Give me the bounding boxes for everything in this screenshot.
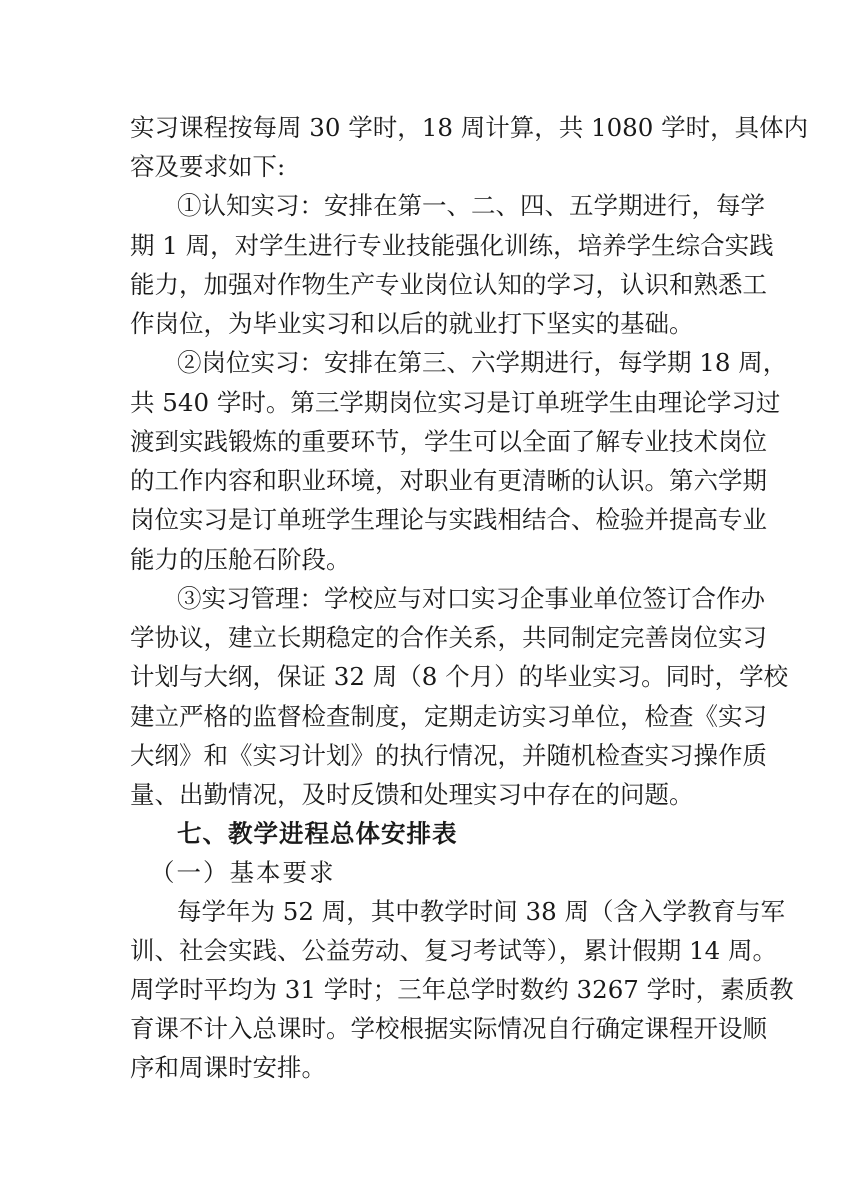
paragraph-line: 大纲》和《实习计划》的执行情况，并随机检查实习操作质 [130, 739, 722, 773]
paragraph-line: 学协议，建立长期稳定的合作关系，共同制定完善岗位实习 [130, 621, 722, 655]
paragraph-line: 共 540 学时。第三学期岗位实习是订单班学生由理论学习过 [130, 386, 722, 420]
paragraph-line: 能力的压舱石阶段。 [130, 543, 722, 577]
paragraph-line: 作岗位，为毕业实习和以后的就业打下坚实的基础。 [130, 307, 722, 341]
paragraph-line: 计划与大纲，保证 32 周（8 个月）的毕业实习。同时，学校 [130, 660, 722, 694]
paragraph-line: 量、出勤情况，及时反馈和处理实习中存在的问题。 [130, 778, 722, 812]
paragraph-line: 序和周课时安排。 [130, 1051, 722, 1085]
paragraph-line: 容及要求如下: [130, 150, 722, 184]
document-page: 实习课程按每周 30 学时，18 周计算，共 1080 学时，具体内 容及要求如… [0, 0, 850, 1202]
paragraph-line: 渡到实践锻炼的重要环节，学生可以全面了解专业技术岗位 [130, 425, 722, 459]
subsection-heading: （一）基本要求 [150, 856, 742, 890]
paragraph-line: 周学时平均为 31 学时；三年总学时数约 3267 学时，素质教 [130, 973, 722, 1007]
paragraph-line: 每学年为 52 周，其中教学时间 38 周（含入学教育与军 [177, 895, 722, 929]
paragraph-line: 训、社会实践、公益劳动、复习考试等），累计假期 14 周。 [130, 934, 722, 968]
paragraph-line: 建立严格的监督检查制度，定期走访实习单位，检查《实习 [130, 700, 722, 734]
section-heading: 七、教学进程总体安排表 [177, 817, 722, 851]
paragraph-line: 能力，加强对作物生产专业岗位认知的学习，认识和熟悉工 [130, 268, 722, 302]
paragraph-line: 的工作内容和职业环境，对职业有更清晰的认识。第六学期 [130, 464, 722, 498]
paragraph-line: ①认知实习：安排在第一、二、四、五学期进行，每学 [177, 189, 722, 223]
paragraph-line: 育课不计入总课时。学校根据实际情况自行确定课程开设顺 [130, 1012, 722, 1046]
paragraph-line: 岗位实习是订单班学生理论与实践相结合、检验并提高专业 [130, 503, 722, 537]
paragraph-line: 实习课程按每周 30 学时，18 周计算，共 1080 学时，具体内 [130, 111, 722, 145]
paragraph-line: 期 1 周，对学生进行专业技能强化训练，培养学生综合实践 [130, 229, 722, 263]
paragraph-line: ②岗位实习：安排在第三、六学期进行，每学期 18 周， [177, 346, 722, 380]
paragraph-line: ③实习管理：学校应与对口实习企事业单位签订合作办 [177, 582, 722, 616]
